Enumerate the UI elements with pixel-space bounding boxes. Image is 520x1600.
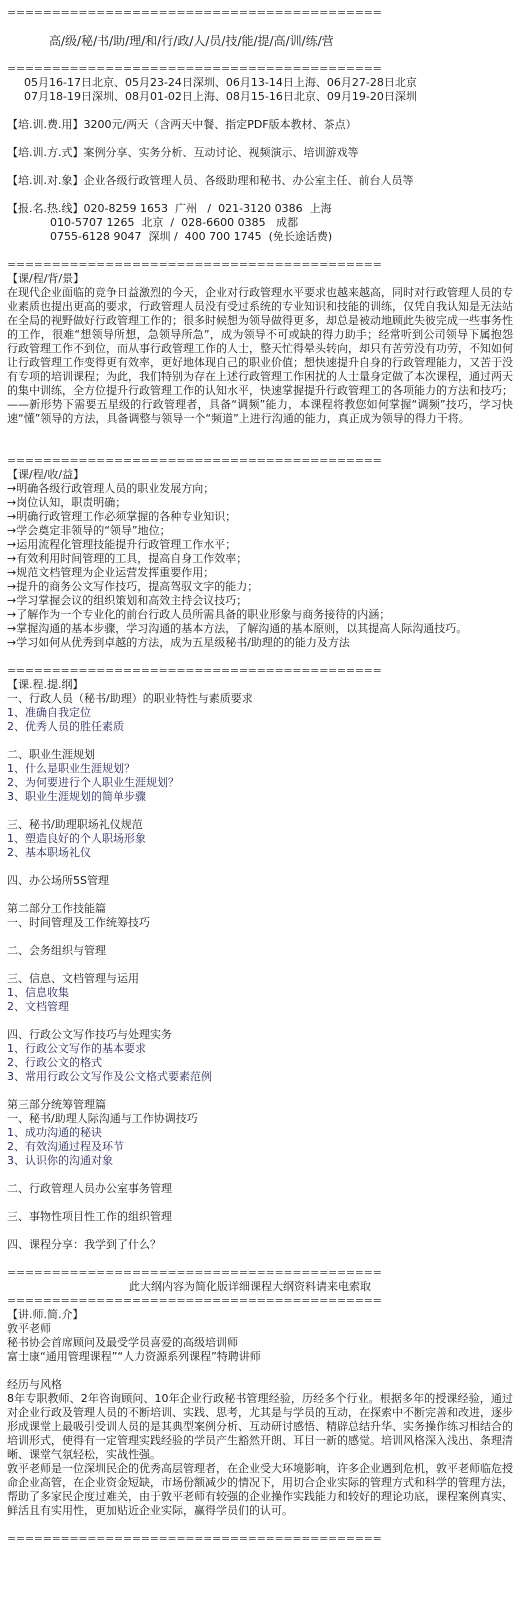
outline-title: 一、秘书/助理人际沟通与工作协调技巧 <box>7 1112 513 1126</box>
fee-row: 【培.训.费.用】3200元/两天（含两天中餐、指定PDF版本教材、茶点） <box>7 118 513 132</box>
list-item: →学习如何从优秀到卓越的方法，成为五星级秘书/助理的的能力及方法 <box>7 636 513 650</box>
notice: 此大纲内容为简化版详细课程大纲资料请来电索取 <box>7 1280 513 1294</box>
outline-title: 四、课程分享：我学到了什么？ <box>7 1238 513 1252</box>
schedule: 05月16-17日北京、05月23-24日深圳、06月13-14日上海、06月2… <box>7 76 513 104</box>
separator: ========================================… <box>7 62 513 76</box>
page-title: 高/级/秘/书/助/理/和/行/政/人/员/技/能/提/高/训/练/营 <box>7 34 513 48</box>
outline-item: 2、基本职场礼仪 <box>7 846 513 860</box>
fee-label: 【培.训.费.用】 <box>7 118 84 131</box>
instructor-title: 富士康“通用管理课程”“人力资源系列课程”特聘讲师 <box>7 1350 513 1364</box>
outline-part-heading: 第二部分工作技能篇 <box>7 902 513 916</box>
method-row: 【培.训.方.式】案例分享、实务分析、互动讨论、视频演示、培训游戏等 <box>7 146 513 160</box>
fee-value: 3200元/两天（含两天中餐、指定PDF版本教材、茶点） <box>84 118 357 131</box>
separator: ========================================… <box>7 1294 513 1308</box>
outline-title: 三、秘书/助理职场礼仪规范 <box>7 818 513 832</box>
outline-item: 3、认识你的沟通对象 <box>7 1154 513 1168</box>
bio-paragraph: 敦平老师是一位深圳民企的优秀高层管理者，在企业受大环境影响，许多企业遇到危机，敦… <box>7 1462 513 1518</box>
outline-section: 三、信息、文档管理与运用 1、信息收集 2、文档管理 <box>7 972 513 1014</box>
method-value: 案例分享、实务分析、互动讨论、视频演示、培训游戏等 <box>84 146 359 159</box>
outline-item: 2、行政公文的格式 <box>7 1056 513 1070</box>
list-item: →提升的商务公文写作技巧，提高驾驭文字的能力； <box>7 580 513 594</box>
list-item: →学习掌握会议的组织策划和高效主持会议技巧； <box>7 594 513 608</box>
outline-item: 1、行政公文写作的基本要求 <box>7 1042 513 1056</box>
audience-value: 企业各级行政管理人员、各级助理和秘书、办公室主任、前台人员等 <box>84 174 414 187</box>
section-heading-benefits: 【课/程/收/益】 <box>7 468 513 482</box>
list-item: →了解作为一个专业化的前台行政人员所需具备的职业形象与商务接待的内涵； <box>7 608 513 622</box>
outline-title: 四、办公场所5S管理 <box>7 874 513 888</box>
outline-title: 二、会务组织与管理 <box>7 944 513 958</box>
outline-item: 1、什么是职业生涯规划？ <box>7 762 513 776</box>
schedule-line: 07月18-19日深圳、08月01-02日上海、08月15-16日北京、09月1… <box>7 90 513 104</box>
outline-item: 2、文档管理 <box>7 1000 513 1014</box>
list-item: →规范文档管理为企业运营发挥重要作用； <box>7 566 513 580</box>
outline-title: 一、行政人员（秘书/助理）的职业特性与素质要求 <box>7 692 513 706</box>
separator: ========================================… <box>7 258 513 272</box>
method-label: 【培.训.方.式】 <box>7 146 84 159</box>
outline-item: 2、优秀人员的胜任素质 <box>7 720 513 734</box>
outline-title: 四、行政公文写作技巧与处理实务 <box>7 1028 513 1042</box>
outline-title: 一、时间管理及工作统筹技巧 <box>7 916 513 930</box>
section-heading-outline: 【课.程.提.纲】 <box>7 678 513 692</box>
outline-section: 三、秘书/助理职场礼仪规范 1、塑造良好的个人职场形象 2、基本职场礼仪 <box>7 818 513 860</box>
outline-item: 2、有效沟通过程及环节 <box>7 1140 513 1154</box>
hotline-line: 020-8259 1653 广州 / 021-3120 0386 上海 <box>84 202 332 215</box>
outline-section: 二、职业生涯规划 1、什么是职业生涯规划？ 2、为何要进行个人职业生涯规划？ 3… <box>7 748 513 804</box>
outline-item: 1、准确自我定位 <box>7 706 513 720</box>
list-item: →有效利用时间管理的工具，提高自身工作效率； <box>7 552 513 566</box>
outline-item: 1、成功沟通的秘诀 <box>7 1126 513 1140</box>
separator: ========================================… <box>7 1266 513 1280</box>
outline-section: 四、行政公文写作技巧与处理实务 1、行政公文写作的基本要求 2、行政公文的格式 … <box>7 1028 513 1084</box>
audience-row: 【培.训.对.象】企业各级行政管理人员、各级助理和秘书、办公室主任、前台人员等 <box>7 174 513 188</box>
schedule-line: 05月16-17日北京、05月23-24日深圳、06月13-14日上海、06月2… <box>7 76 513 90</box>
separator: ========================================… <box>7 454 513 468</box>
document: ========================================… <box>0 0 520 1546</box>
section-heading-instructor: 【讲.师.简.介】 <box>7 1308 513 1322</box>
hotline-line: 0755-6128 9047 深圳 / 400 700 1745 (免长途话费) <box>7 230 513 244</box>
outline-item: 1、塑造良好的个人职场形象 <box>7 832 513 846</box>
hotline-block: 【报.名.热.线】020-8259 1653 广州 / 021-3120 038… <box>7 202 513 244</box>
outline-title: 三、事物性项目性工作的组织管理 <box>7 1210 513 1224</box>
outline-item: 1、信息收集 <box>7 986 513 1000</box>
outline-section: 一、秘书/助理人际沟通与工作协调技巧 1、成功沟通的秘诀 2、有效沟通过程及环节… <box>7 1112 513 1168</box>
instructor-name: 敦平老师 <box>7 1322 513 1336</box>
separator: ========================================… <box>7 664 513 678</box>
separator: ========================================… <box>7 1532 513 1546</box>
separator: ========================================… <box>7 6 513 20</box>
benefits-list: →明确各级行政管理人员的职业发展方向； →岗位认知，职责明确； →明确行政管理工… <box>7 482 513 650</box>
list-item: →明确行政管理工作必须掌握的各种专业知识； <box>7 510 513 524</box>
list-item: →明确各级行政管理人员的职业发展方向； <box>7 482 513 496</box>
list-item: →掌握沟通的基本步骤，学习沟通的基本方法，了解沟通的基本原则，以其提高人际沟通技… <box>7 622 513 636</box>
outline-title: 二、行政管理人员办公室事务管理 <box>7 1182 513 1196</box>
experience-paragraph: 8年专职教师、2年咨询顾问、10年企业行政秘书管理经验，历经多个行业。根据多年的… <box>7 1392 513 1462</box>
hotline-line: 010-5707 1265 北京 / 028-6600 0385 成都 <box>7 216 513 230</box>
list-item: →岗位认知，职责明确； <box>7 496 513 510</box>
outline-part-heading: 第三部分统筹管理篇 <box>7 1098 513 1112</box>
list-item: →学会奠定非领导的“领导”地位； <box>7 524 513 538</box>
outline-item: 3、职业生涯规划的简单步骤 <box>7 790 513 804</box>
list-item: →运用流程化管理技能提升行政管理工作水平； <box>7 538 513 552</box>
experience-heading: 经历与风格 <box>7 1378 513 1392</box>
outline-title: 三、信息、文档管理与运用 <box>7 972 513 986</box>
outline-title: 二、职业生涯规划 <box>7 748 513 762</box>
audience-label: 【培.训.对.象】 <box>7 174 84 187</box>
section-heading-background: 【课/程/背/景】 <box>7 272 513 286</box>
outline-item: 3、常用行政公文写作及公文格式要素范例 <box>7 1070 513 1084</box>
instructor-title: 秘书协会首席顾问及最受学员喜爱的高级培训师 <box>7 1336 513 1350</box>
background-paragraph: 在现代企业面临的竞争日益激烈的今天，企业对行政管理水平要求也越来越高，同时对行政… <box>7 286 513 398</box>
outline-section: 一、行政人员（秘书/助理）的职业特性与素质要求 1、准确自我定位 2、优秀人员的… <box>7 692 513 734</box>
background-paragraph: ——新形势下需要五星级的行政管理者，具备“调频”能力，本课程将教您如何掌握“调频… <box>7 398 513 426</box>
hotline-label: 【报.名.热.线】 <box>7 202 84 215</box>
outline-item: 2、为何要进行个人职业生涯规划？ <box>7 776 513 790</box>
